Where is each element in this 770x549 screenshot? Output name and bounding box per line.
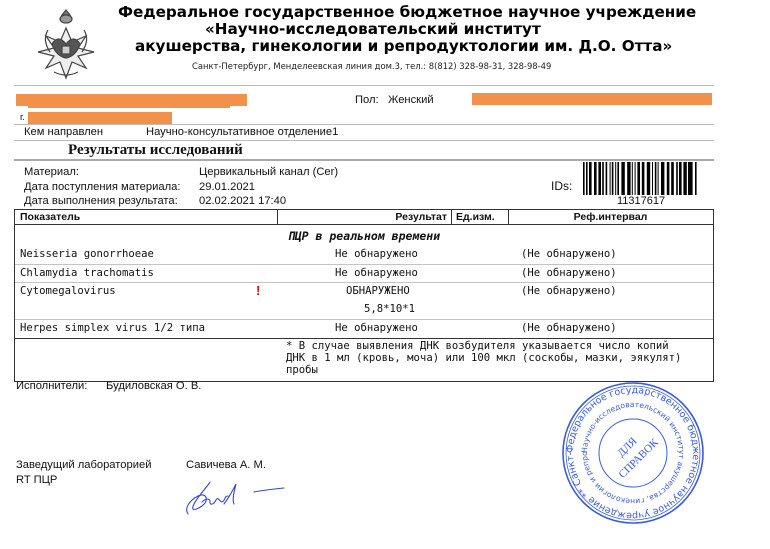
sex-label: Пол: [355,94,379,106]
results-title: Результаты исследований [68,142,243,159]
column-result: Результат [277,210,447,224]
received-date-label: Дата поступления материала: [24,181,180,193]
head-label: Заведущий лабораторией [16,459,151,471]
sex-value: Женский [388,94,434,106]
city-prefix: г. [20,112,25,123]
completed-date-label: Дата выполнения результата: [24,195,178,207]
institute-name-line2: «Научно-исследовательский институт [205,20,545,38]
indicator: Herpes simplex virus 1/2 типа [20,322,205,334]
result: Не обнаружено [335,267,418,279]
divider [14,124,714,125]
result: Не обнаружено [335,322,418,334]
column-indicator: Показатель [20,210,80,224]
divider [14,140,714,141]
ref-interval: (Не обнаружено) [521,248,617,260]
indicator: Cytomegalovirus [20,285,116,297]
results-table: Показатель Результат Ед.изм. Реф.интерва… [14,209,714,382]
completed-date-value: 02.02.2021 17:40 [199,195,286,207]
head-name: Савичева А. М. [186,459,266,471]
result: Не обнаружено [335,248,418,260]
column-ref-interval: Реф.интервал [508,210,713,224]
official-stamp: Федеральное государственное бюджетное на… [558,378,708,528]
divider-thick [14,159,714,161]
ref-interval: (Не обнаружено) [521,322,617,334]
alert-flag-icon: ! [256,283,260,298]
table-row: Chlamydia trachomatis Не обнаружено (Не … [15,267,713,283]
result: ОБНАРУЖЕНО [346,285,410,297]
result-quantity: 5,8*10*1 [364,303,415,315]
indicator: Chlamydia trachomatis [20,267,154,279]
executors-value: Будиловская О. В. [106,380,201,392]
head-label-unit: RT ПЦР [16,474,57,486]
barcode-number: 11317617 [596,195,686,207]
material-label: Материал: [24,166,79,178]
table-row: Neisseria gonorrhoeae Не обнаружено (Не … [15,248,713,264]
column-unit: Ед.изм. [456,210,495,224]
institute-name-line3: акушерства, гинекологии и репродуктологи… [135,37,695,55]
executors-label: Исполнители: [16,380,87,392]
institute-name-line1: Федеральное государственное бюджетное на… [118,3,678,21]
signature-icon [180,478,290,518]
section-title-pcr: ПЦР в реальном времени [15,229,713,243]
redacted-patient-name-tail [28,105,230,108]
ids-label: IDs: [551,179,572,193]
referred-by-label: Кем направлен [24,126,103,138]
institute-emblem-logo [34,6,98,81]
header-divider [14,85,714,86]
footnote: * В случае выявления ДНК возбудителя ука… [286,341,681,376]
ref-interval: (Не обнаружено) [521,267,617,279]
table-row: Herpes simplex virus 1/2 типа Не обнаруж… [15,322,713,338]
redacted-patient-info [472,93,712,105]
institute-address: Санкт-Петербург, Менделеевская линия дом… [192,61,551,71]
table-row: Cytomegalovirus ! ОБНАРУЖЕНО 5,8*10*1 (Н… [15,285,713,321]
barcode [583,162,697,195]
redacted-patient-address [28,112,172,124]
material-value: Цервикальный канал (Cer) [199,166,338,178]
referred-by-value: Научно-консультативное отделение1 [146,126,338,138]
received-date-value: 29.01.2021 [199,181,255,193]
ref-interval: (Не обнаружено) [521,285,617,297]
table-header: Показатель Результат Ед.изм. Реф.интерва… [15,210,713,225]
indicator: Neisseria gonorrhoeae [20,248,154,260]
